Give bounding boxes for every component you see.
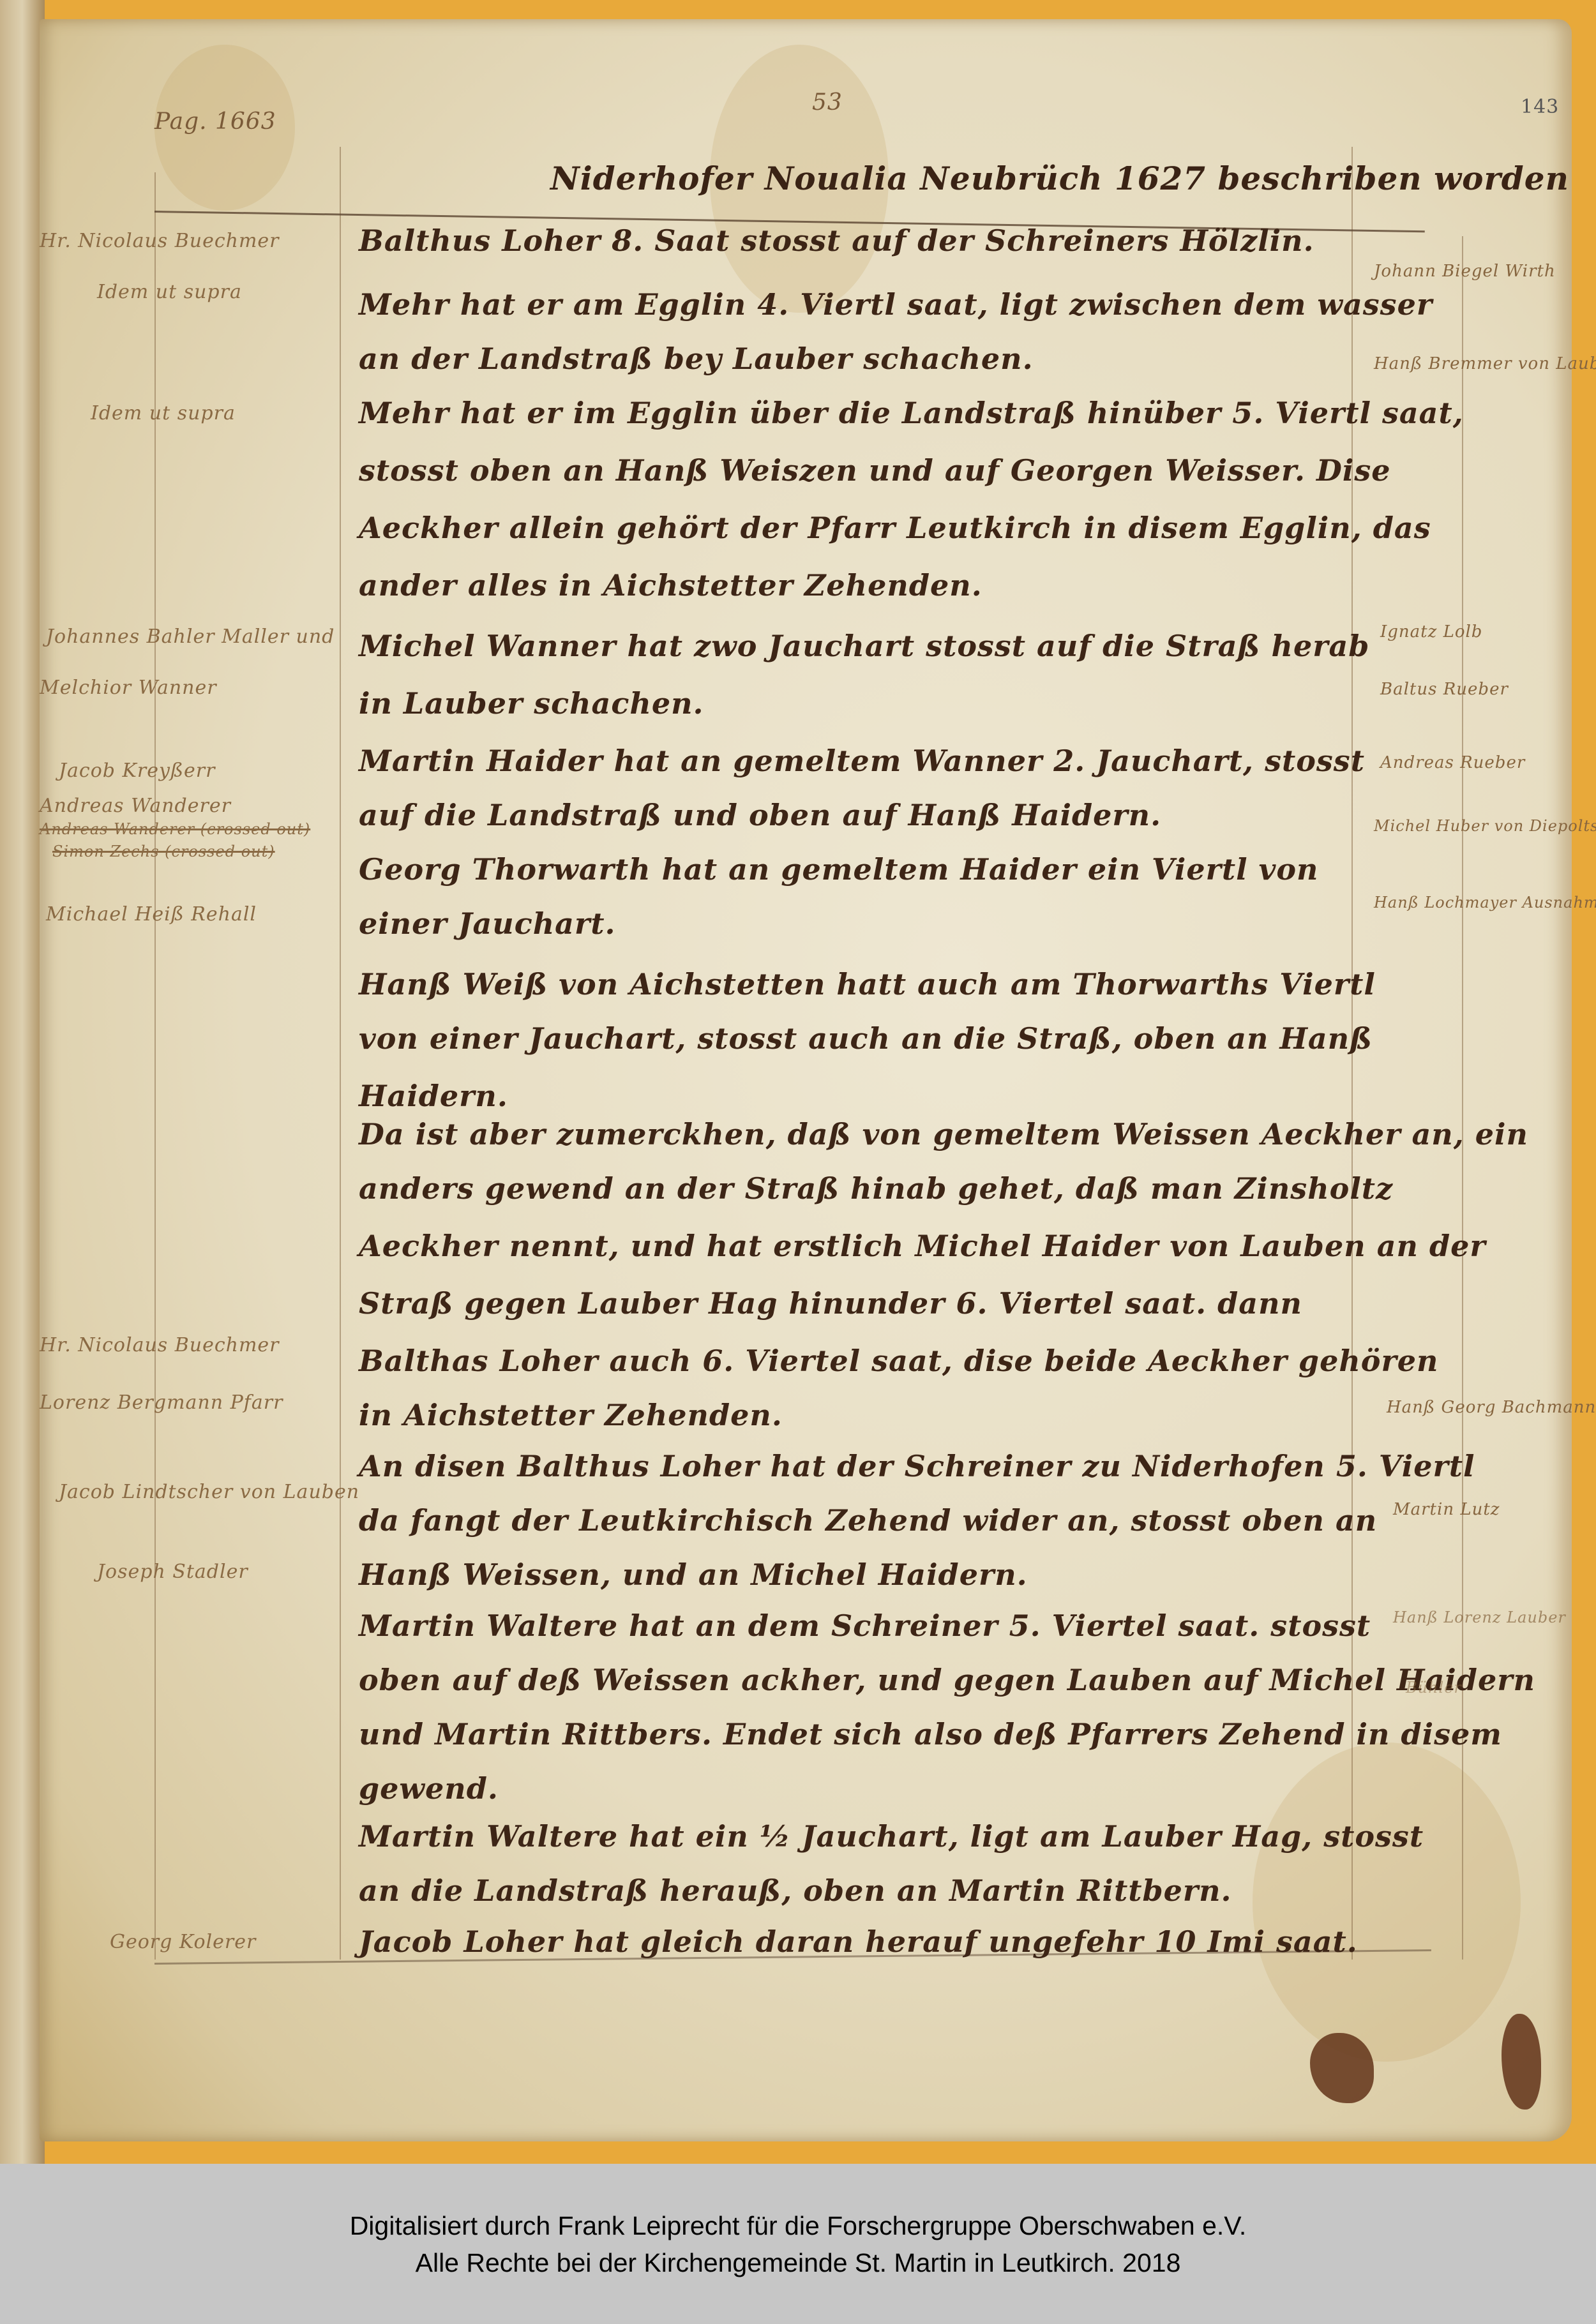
margin-note: Andreas Rueber [1380,753,1525,772]
margin-note: Michael Heiß Rehall [46,903,257,926]
margin-note: Johannes Bahler Maller und [46,626,335,648]
margin-rule-right [1462,236,1463,1960]
text-line: Jacob Loher hat gleich daran herauf unge… [359,1924,1358,1959]
page-reference-note: Pag. 1663 [154,109,276,135]
text-line: von einer Jauchart, stosst auch an die S… [359,1021,1373,1056]
manuscript-page: Pag. 1663 53 143 Niderhofer Noualia Neub… [40,19,1572,2141]
text-line: Martin Waltere hat ein ½ Jauchart, ligt … [359,1819,1424,1854]
text-line: Aeckher allein gehört der Pfarr Leutkirc… [359,511,1431,545]
text-line: Haidern. [359,1079,508,1113]
manuscript-scan: Pag. 1663 53 143 Niderhofer Noualia Neub… [0,0,1596,2164]
margin-note: Andreas Wanderer [40,795,231,817]
margin-note: Hanß Georg Bachmann [1387,1398,1596,1417]
text-line: Hanß Weissen, und an Michel Haidern. [359,1557,1028,1592]
text-line: einer Jauchart. [359,906,615,941]
text-line: Hanß Weiß von Aichstetten hatt auch am T… [359,967,1376,1001]
copyright-caption: Digitalisiert durch Frank Leiprecht für … [0,2164,1596,2324]
text-line: ander alles in Aichstetter Zehenden. [359,568,982,603]
margin-note: Bühler [1406,1679,1462,1697]
text-line: Balthus Loher 8. Saat stosst auf der Sch… [359,223,1314,258]
margin-note: Hanß Lochmayer Ausnahmsgut [1374,894,1596,911]
text-line: anders gewend an der Straß hinab gehet, … [359,1171,1393,1206]
text-line: an der Landstraß bey Lauber schachen. [359,341,1034,376]
folio-number: 143 [1521,96,1559,118]
text-line: da fangt der Leutkirchisch Zehend wider … [359,1503,1377,1538]
margin-note: Georg Kolerer [110,1931,256,1953]
text-line: Martin Haider hat an gemeltem Wanner 2. … [359,744,1365,778]
page-number-center: 53 [812,89,843,116]
margin-note: Lorenz Bergmann Pfarr [40,1391,283,1414]
margin-note: Hanß Lorenz Lauber [1393,1608,1566,1626]
caption-line-2: Alle Rechte bei der Kirchengemeinde St. … [416,2244,1181,2281]
margin-note: Ignatz Lolb [1380,622,1482,641]
margin-note: Baltus Rueber [1380,680,1509,699]
caption-line-1: Digitalisiert durch Frank Leiprecht für … [350,2207,1247,2244]
margin-note: Jacob Lindtscher von Lauben [59,1481,359,1503]
text-line: auf die Landstraß und oben auf Hanß Haid… [359,798,1161,832]
water-stain [1253,1743,1521,2062]
margin-note: Martin Lutz [1393,1500,1500,1519]
text-line: und Martin Rittbers. Endet sich also deß… [359,1717,1502,1751]
margin-note: Melchior Wanner [40,677,217,699]
margin-note: Michel Huber von Diepoltshofen [1374,817,1596,835]
margin-rule-left [154,172,156,1960]
margin-note: Idem ut supra [91,402,236,424]
text-line: an die Landstraß herauß, oben an Martin … [359,1873,1232,1908]
text-line: Georg Thorwarth hat an gemeltem Haider e… [359,852,1318,887]
text-line: An disen Balthus Loher hat der Schreiner… [359,1449,1475,1483]
text-line: Mehr hat er am Egglin 4. Viertl saat, li… [359,287,1433,322]
margin-note-struck: Simon Zechs (crossed out) [52,843,275,860]
text-line: Michel Wanner hat zwo Jauchart stosst au… [359,629,1369,663]
margin-note: Jacob Kreyßerr [59,760,215,782]
text-line: in Aichstetter Zehenden. [359,1398,783,1432]
text-line: Martin Waltere hat an dem Schreiner 5. V… [359,1608,1371,1643]
text-line: oben auf deß Weissen ackher, und gegen L… [359,1663,1535,1697]
margin-note: Hanß Bremmer von Lauben [1374,354,1596,373]
text-line: Mehr hat er im Egglin über die Landstraß… [359,396,1464,430]
margin-note: Hr. Nicolaus Buechmer [40,1334,280,1356]
text-line: Straß gegen Lauber Hag hinunder 6. Viert… [359,1286,1302,1321]
margin-note-struck: Andreas Wanderer (crossed out) [40,820,310,838]
text-line: Da ist aber zumerckhen, daß von gemeltem… [359,1117,1528,1151]
page-heading: Niderhofer Noualia Neubrüch 1627 beschri… [550,160,1569,197]
margin-rule-text-left [340,147,341,1960]
margin-note: Hr. Nicolaus Buechmer [40,230,280,252]
margin-note: Idem ut supra [97,281,242,303]
previous-page-edge [0,0,45,2164]
ink-blot [1502,2014,1541,2110]
margin-note: Johann Biegel Wirth [1374,262,1556,281]
text-line: Aeckher nennt, und hat erstlich Michel H… [359,1229,1486,1263]
text-line: gewend. [359,1771,499,1806]
text-line: in Lauber schachen. [359,686,704,721]
text-line: stosst oben an Hanß Weiszen und auf Geor… [359,453,1391,488]
ink-blot [1310,2033,1374,2103]
margin-note: Joseph Stadler [97,1561,248,1583]
text-line: Balthas Loher auch 6. Viertel saat, dise… [359,1344,1438,1378]
